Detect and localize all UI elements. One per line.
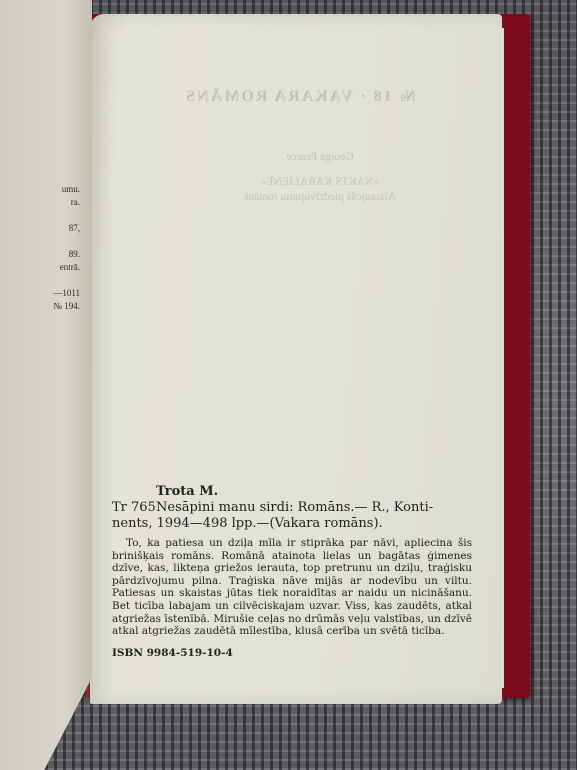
ghost-line: «NAKTS KARALIENE» <box>150 175 490 190</box>
fragment <box>0 209 80 222</box>
fragment: 89. <box>0 248 80 261</box>
left-page: umu. ra. 87, 89. entrā. —1011 № 194. <box>0 0 92 770</box>
show-through-text: George Pearce «NAKTS KARALIENE» Aizraujo… <box>150 150 490 205</box>
title-line: Nesāpini manu sirdi: Romāns.— R., Konti- <box>156 500 433 515</box>
show-through-header: № 18 · VAKARA ROMĀNS <box>150 88 450 106</box>
call-number: Tr 765 <box>112 500 156 515</box>
fragment: umu. <box>0 183 80 196</box>
fragment: ra. <box>0 196 80 209</box>
ghost-line: Aizraujošs piedzīvojumu romāns <box>150 190 490 205</box>
bibliographic-entry: Tr 765Nesāpini manu sirdi: Romāns.— R., … <box>112 500 472 515</box>
fragment <box>0 170 80 183</box>
photo-scene: umu. ra. 87, 89. entrā. —1011 № 194. № 1… <box>0 0 577 770</box>
fragment <box>0 274 80 287</box>
left-page-text-fragments: umu. ra. 87, 89. entrā. —1011 № 194. <box>0 170 80 313</box>
fragment: № 194. <box>0 300 80 313</box>
fragment: entrā. <box>0 261 80 274</box>
fragment <box>0 235 80 248</box>
catalog-card: Trota M. Tr 765Nesāpini manu sirdi: Romā… <box>112 484 472 659</box>
annotation: To, ka patiesa un dziļa mīla ir stiprāka… <box>112 537 472 638</box>
annotation-text: To, ka patiesa un dziļa mīla ir stiprāka… <box>112 537 472 638</box>
author: Trota M. <box>156 484 472 499</box>
isbn: ISBN 9984-519-10-4 <box>112 647 472 659</box>
publication-line: nents, 1994—498 lpp.—(Vakara romāns). <box>112 516 472 531</box>
ghost-line: George Pearce <box>150 150 490 165</box>
fragment: 87, <box>0 222 80 235</box>
fragment: —1011 <box>0 287 80 300</box>
